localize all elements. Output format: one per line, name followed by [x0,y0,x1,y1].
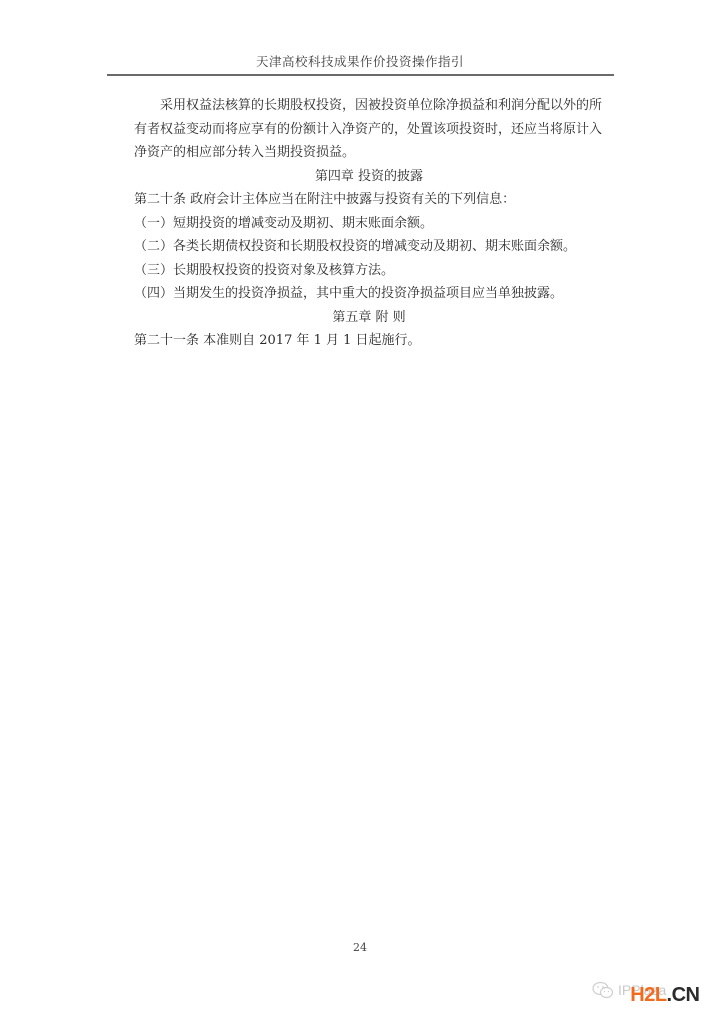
chapter-5-heading: 第五章 附 则 [134,306,604,330]
running-header-title: 天津高校科技成果作价投资操作指引 [0,52,720,70]
header-divider [107,74,614,76]
article-21: 第二十一条 本准则自 2017 年 1 月 1 日起施行。 [134,329,604,353]
list-item-2: （二）各类长期债权投资和长期股权投资的增减变动及期初、期末账面余额。 [134,235,604,259]
wechat-icon [592,981,614,999]
document-body: 采用权益法核算的长期股权投资，因被投资单位除净损益和利润分配以外的所有者权益变动… [134,94,604,353]
list-item-1: （一）短期投资的增减变动及期初、期末账面余额。 [134,212,604,236]
h2l-logo: H2L.CN [630,984,699,1007]
article-20: 第二十条 政府会计主体应当在附注中披露与投资有关的下列信息： [134,188,604,212]
page-number: 24 [0,941,720,954]
logo-h2l-text: H2L [630,984,666,1006]
watermark: IPPlaza H2L.CN [592,978,700,1001]
logo-cn-text: .CN [667,984,700,1006]
list-item-3: （三）长期股权投资的投资对象及核算方法。 [134,259,604,283]
list-item-4: （四）当期发生的投资净损益，其中重大的投资净损益项目应当单独披露。 [134,282,604,306]
paragraph-equity-method: 采用权益法核算的长期股权投资，因被投资单位除净损益和利润分配以外的所有者权益变动… [134,94,604,165]
chapter-4-heading: 第四章 投资的披露 [134,165,604,189]
